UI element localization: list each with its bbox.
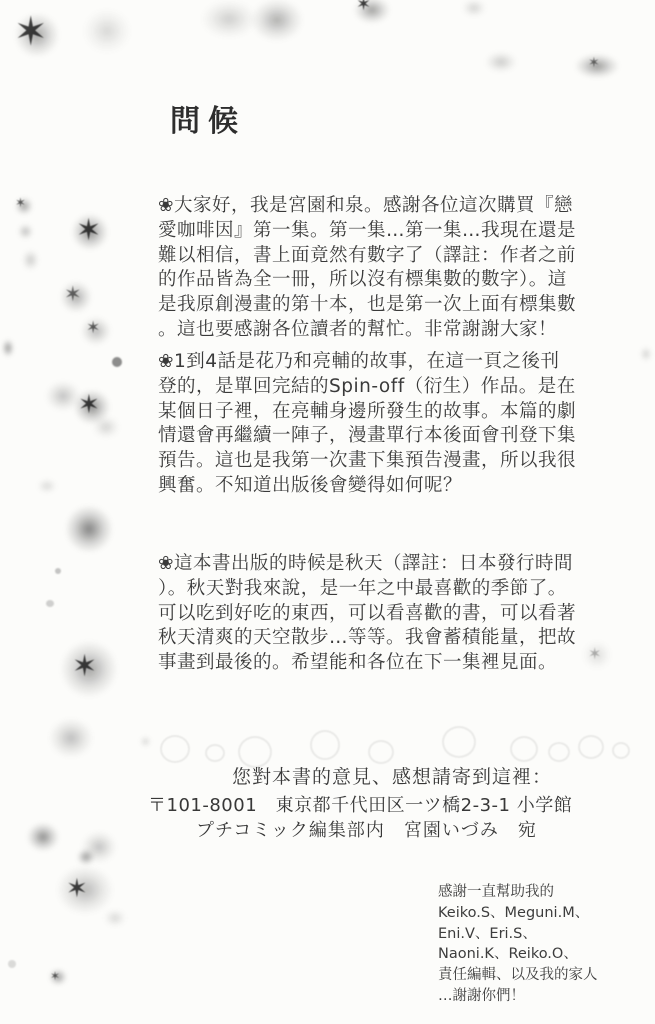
ink-cloud [76, 2, 138, 60]
ink-splatter-icon: ✶ [66, 876, 88, 902]
greeting-paragraph: ❀大家好，我是宮園和泉。感謝各位這次購買『戀 愛咖啡因』第一集。第一集…第一集…… [158, 194, 618, 343]
ghost-circle [612, 742, 630, 759]
feedback-address-recipient: プチコミック編集部内 宮園いづみ 宛 [196, 816, 537, 842]
ink-splatter-icon: ✶ [86, 320, 100, 337]
page-title: 問候 [170, 96, 246, 140]
feedback-address-heading: 您對本書的意見、感想請寄到這裡： [232, 762, 552, 789]
autumn-paragraph: ❀這本書出版的時候是秋天（譯註：日本發行時間 ）。秋天對我來說，是一年之中最喜歡… [158, 552, 618, 676]
ink-cloud [88, 412, 124, 442]
ink-cloud [458, 0, 490, 20]
ink-cloud [22, 818, 64, 856]
ink-cloud [34, 476, 60, 496]
ink-splatter-icon: ✶ [50, 970, 60, 982]
spinoff-paragraph: ❀1到4話是花乃和亮輔的故事，在這一頁之後刊 登的，是單回完結的Spin-off… [158, 350, 618, 499]
ink-cloud [243, 0, 311, 48]
ink-splatter-icon: ✶ [14, 12, 48, 52]
ink-speck [46, 600, 54, 607]
ink-speck [55, 568, 61, 574]
ink-cloud [638, 344, 654, 364]
thanks-note: 感謝一直幫助我的 Keiko.S、Meguni.M、 Eni.V、Eri.S、 … [438, 882, 638, 1007]
ink-splatter-icon: ✶ [64, 284, 82, 305]
ghost-circle [510, 736, 538, 762]
ghost-circle [160, 735, 190, 763]
ink-speck [8, 960, 16, 968]
ghost-circle [578, 735, 604, 759]
ink-scribble [480, 48, 522, 76]
ink-cloud [58, 498, 120, 560]
ink-speck [112, 357, 122, 367]
ink-cloud [100, 906, 130, 930]
ink-cloud [0, 336, 16, 360]
ink-splatter-icon: ✶ [76, 216, 101, 246]
ink-splatter-icon: ✶ [356, 0, 371, 14]
ghost-circle [368, 740, 394, 764]
ghost-circle [442, 726, 476, 758]
ink-splatter-icon: ✶ [15, 197, 26, 210]
ink-cloud [42, 712, 100, 764]
ghost-circle [310, 730, 340, 760]
ink-cloud [138, 734, 153, 749]
ink-splatter-icon: ✶ [72, 652, 97, 682]
ghost-circle [548, 742, 570, 762]
ink-cloud [15, 221, 36, 242]
ghost-circle [205, 744, 225, 762]
ink-splatter-icon: ✶ [588, 56, 600, 70]
feedback-address-line: 〒101-8001 東京都千代田区一ツ橋2-3-1 小学館 [148, 791, 572, 817]
ink-cloud [19, 246, 42, 274]
afterword-page: ✶ ✶ ✶ ✶ ✶ ✶ ✶ ✶ ✶ ✶ ✶ ✶ 問候 ❀大 [0, 0, 655, 1024]
